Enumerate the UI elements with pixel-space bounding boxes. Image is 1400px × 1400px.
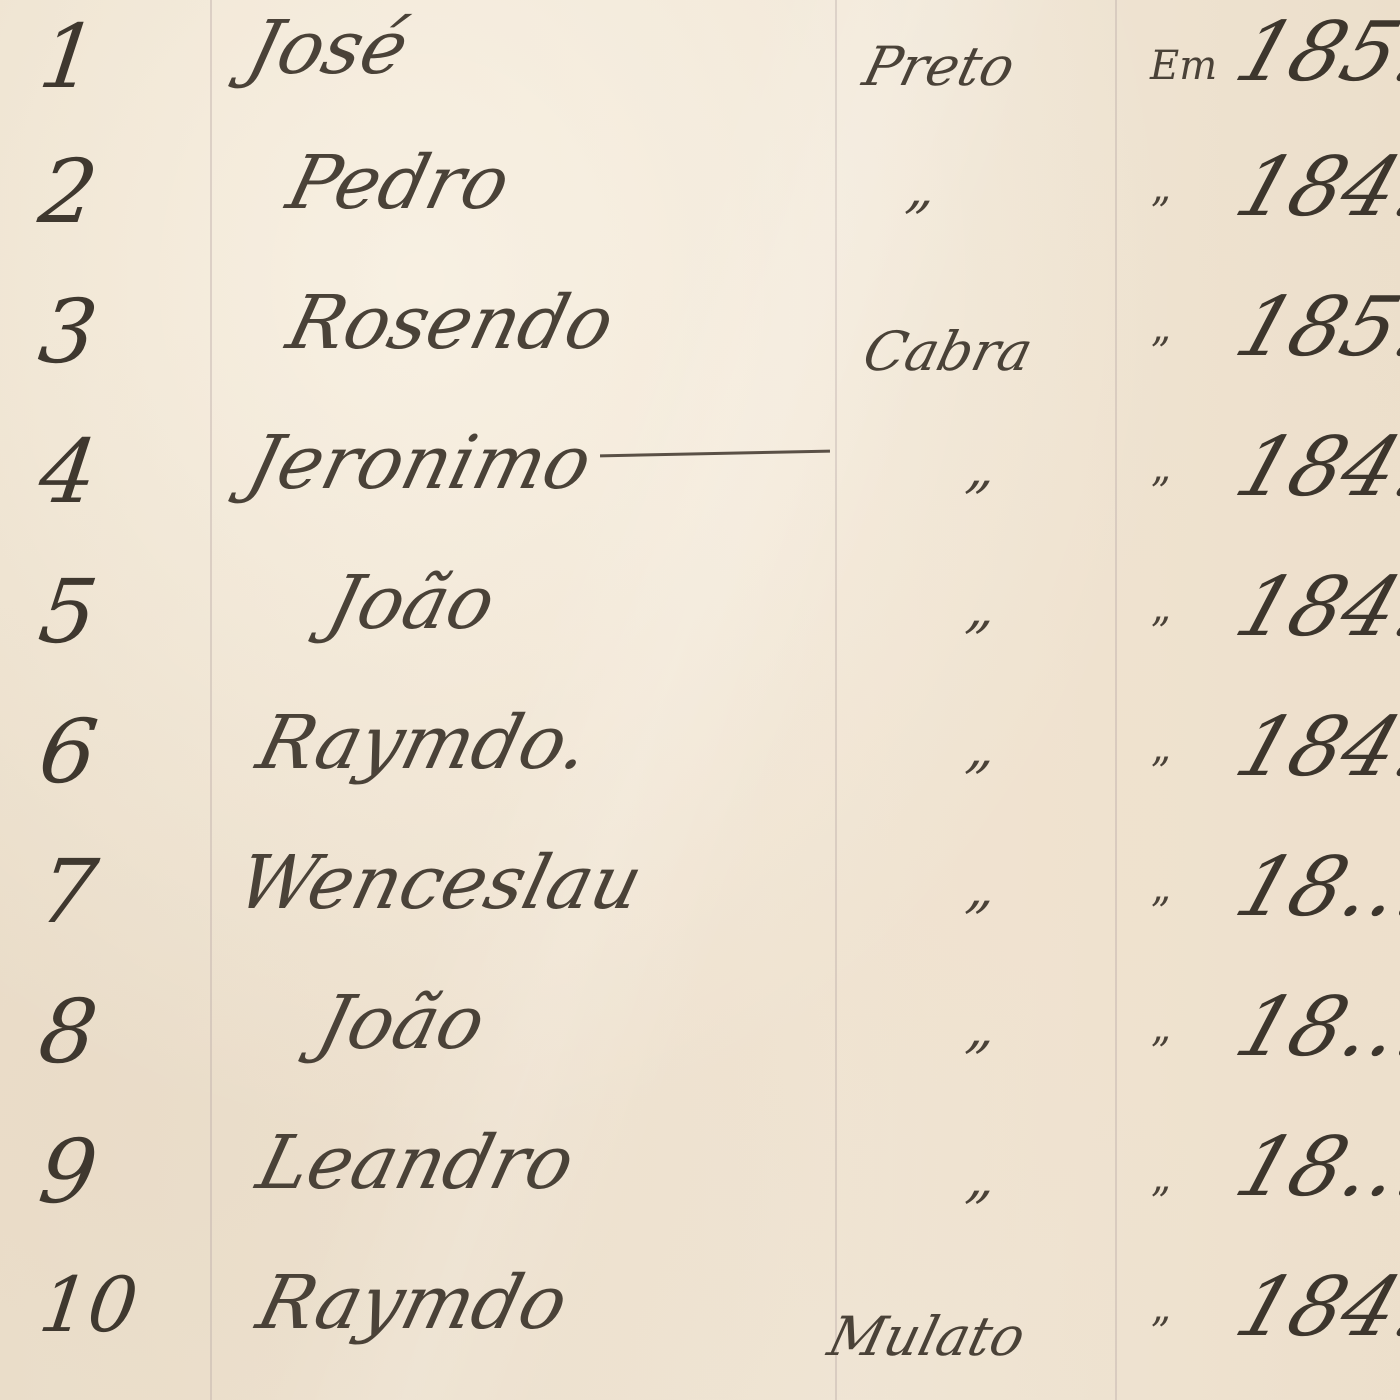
row-name: João	[319, 560, 503, 646]
row-number: 1	[23, 5, 112, 108]
row-year: 18…	[1225, 980, 1400, 1075]
row-ditto: ”	[1150, 1180, 1170, 1226]
row-year: 184…	[1225, 560, 1400, 655]
row-ditto: ”	[1150, 610, 1170, 656]
row-name: Wenceslau	[229, 840, 651, 926]
row-number: 10	[26, 1260, 152, 1349]
row-ditto: Em	[1150, 43, 1217, 89]
ledger-row: 2 Pedro ” ” 184…	[0, 140, 1400, 280]
row-race: Cabra	[857, 320, 1039, 383]
row-ditto: ”	[1150, 890, 1170, 936]
ledger-row: 8 João ” ” 18…	[0, 980, 1400, 1120]
row-year: 184…	[1225, 140, 1400, 235]
row-name: Jeronimo	[239, 420, 600, 506]
ledger-row: 9 Leandro ” ” 18…	[0, 1120, 1400, 1260]
row-year: 185…	[1225, 5, 1400, 100]
row-ditto: ”	[1150, 1030, 1170, 1076]
row-race: ”	[952, 1030, 995, 1093]
row-name: Raymdo	[249, 1260, 576, 1346]
row-ditto: ”	[1150, 190, 1170, 236]
row-number: 4	[23, 420, 112, 523]
row-race: Mulato	[822, 1305, 1031, 1368]
row-ditto: ”	[1150, 1310, 1170, 1356]
row-number: 6	[23, 700, 112, 803]
row-year: 184…	[1225, 420, 1400, 515]
row-number: 9	[23, 1120, 112, 1223]
row-race: ”	[952, 470, 995, 533]
row-number: 3	[23, 280, 112, 383]
ledger-row: 4 Jeronimo ” ” 184…	[0, 420, 1400, 560]
row-race: ”	[952, 610, 995, 673]
row-year: 184…	[1225, 1260, 1400, 1355]
ledger-row: 7 Wenceslau ” ” 18…	[0, 840, 1400, 980]
row-race: ”	[952, 1180, 995, 1243]
row-year: 185…	[1225, 280, 1400, 375]
row-ditto: ”	[1150, 470, 1170, 516]
row-number: 2	[23, 140, 112, 243]
row-number: 7	[23, 840, 112, 943]
ledger-page: 1 José Preto Em 185… 2 Pedro ” ” 184… 3 …	[0, 0, 1400, 1400]
row-name: João	[309, 980, 493, 1066]
row-race: ”	[952, 890, 995, 953]
ledger-row: 10 Raymdo Mulato ” 184…	[0, 1260, 1400, 1400]
row-ditto: ”	[1150, 330, 1170, 376]
row-name: Leandro	[249, 1120, 582, 1206]
row-race: ”	[892, 190, 935, 253]
row-year: 18…	[1225, 840, 1400, 935]
row-name: Raymdo.	[249, 700, 598, 786]
row-year: 18…	[1225, 1120, 1400, 1215]
ledger-row: 5 João ” ” 184…	[0, 560, 1400, 700]
row-name: Pedro	[279, 140, 518, 226]
ledger-row: 6 Raymdo. ” ” 184…	[0, 700, 1400, 840]
row-number: 8	[23, 980, 112, 1083]
row-name: José	[239, 5, 416, 91]
row-race: Preto	[857, 35, 1021, 98]
row-number: 5	[23, 560, 112, 663]
row-name: Rosendo	[279, 280, 622, 366]
row-race: ”	[952, 750, 995, 813]
row-year: 184…	[1225, 700, 1400, 795]
ledger-row: 3 Rosendo Cabra ” 185…	[0, 280, 1400, 420]
ledger-row: 1 José Preto Em 185…	[0, 5, 1400, 145]
row-ditto: ”	[1150, 750, 1170, 796]
